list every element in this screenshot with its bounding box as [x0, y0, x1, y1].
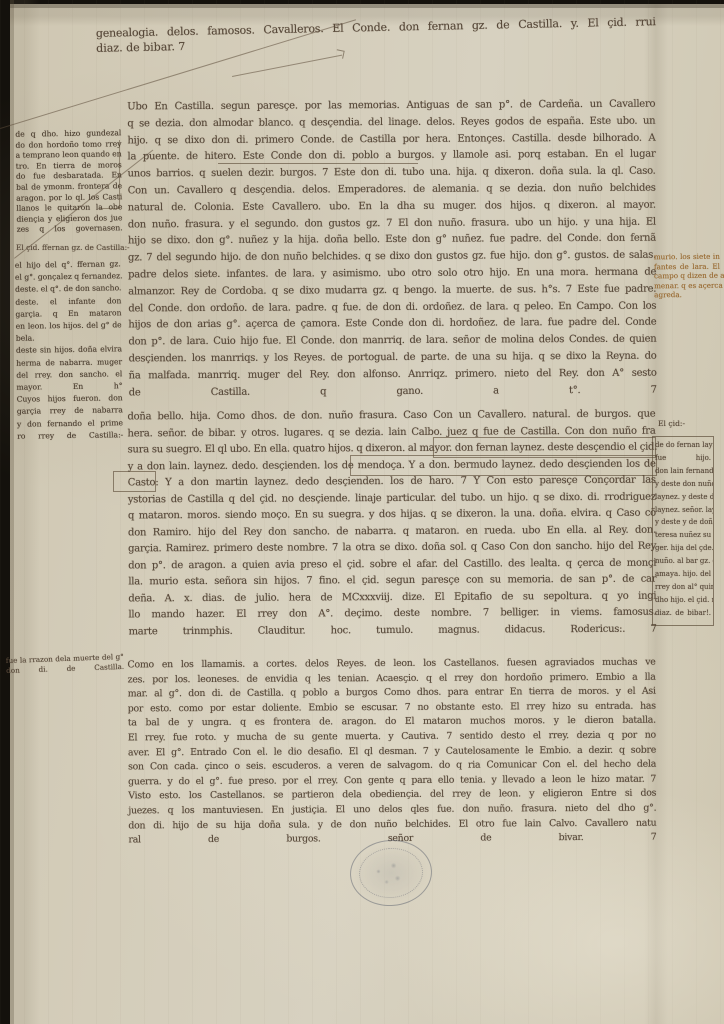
manuscript-page: genealogia. delos. famosos. Cavalleros. … [0, 0, 724, 1024]
ink-underline-primero-conde [218, 163, 418, 164]
left-margin-note-3: fue la rrazon dela muerte del g°don di. … [6, 652, 125, 676]
paragraph-3: Como en los llamamis. a cortes. delos Re… [128, 656, 657, 848]
right-margin-note-cid-box: de do fernan laynezfue hijo.don lain fer… [652, 436, 714, 626]
page-header: genealogia. delos. famosos. Cavalleros. … [96, 14, 657, 56]
library-stamp [348, 837, 434, 909]
ink-box-bermudo-laynez [350, 455, 657, 476]
manuscript-line: laynez. señor. laynz [655, 504, 711, 517]
manuscript-line: llo mando hazer. El rrey don A°. deçimo.… [128, 605, 656, 624]
manuscript-line: q mataron. moros. siendo moço. En su sue… [128, 506, 656, 525]
manuscript-line: marte trinmphis. Clauditur. hoc. tumulo.… [129, 621, 657, 640]
pen-flourish-arrow-line [232, 55, 342, 77]
margin-bracket-vertical [119, 140, 120, 208]
manuscript-line: ña malfada. manrriq. muger del Rey. don … [129, 365, 657, 385]
ink-box-casto [113, 471, 156, 492]
manuscript-line: diaz. de bibar!. [655, 607, 711, 620]
manuscript-line: fue hijo. [655, 452, 711, 465]
manuscript-line: ger. hija del çde. don [655, 542, 711, 555]
manuscript-line: campo q dizen de al [654, 271, 720, 281]
manuscript-line: en leon. los hijos. del g° de [16, 319, 122, 333]
left-margin-note-2: el hijo del q°. ffernan gz.el g°. gonçal… [15, 258, 124, 443]
manuscript-line: ro rrey de Castilla:- [17, 429, 123, 443]
manuscript-line: zes q los governasen. [17, 224, 123, 236]
manuscript-line: don lain fernandez [655, 465, 711, 478]
manuscript-line: dho hijo. el çid. rruy [655, 594, 711, 607]
left-margin-heading: El çid. ffernan gz. de Castilla:- [16, 243, 124, 252]
manuscript-line: de Castilla. q gano. a t°. 7 [129, 382, 657, 402]
manuscript-line: y deste y de doña [655, 516, 711, 529]
left-margin-note-1: de q dho. hizo gundezaldo don hordoño to… [15, 128, 122, 235]
library-stamp-inner-ring [357, 846, 424, 900]
manuscript-line: garçia. Ramirez. primero deste nombre. 7… [128, 539, 656, 558]
manuscript-line: laynez. y deste di [655, 491, 711, 504]
manuscript-line: deste. el q°. de don sancho. [15, 283, 121, 297]
manuscript-line: deste sin hijos. doña elvira [16, 344, 122, 358]
manuscript-line: garçia rrey de nabarra [17, 405, 123, 419]
manuscript-line: rrey don al° quinto [655, 581, 711, 594]
manuscript-line: teresa nuñez su mu [655, 529, 711, 542]
right-margin-heading-cid: El çid:- [658, 419, 718, 428]
manuscript-line: de do fernan laynez [655, 439, 711, 452]
manuscript-line: lla. murio esta. señora sin hijos. 7 fin… [128, 572, 656, 591]
right-margin-note-lara: murio. los siete infantes de lara. Elcam… [654, 252, 720, 301]
manuscript-line: menar. q es açerca de [654, 280, 720, 290]
manuscript-line: y deste don nuño [655, 478, 711, 491]
manuscript-line: murio. los siete in [654, 252, 720, 262]
manuscript-line: amaya. hijo. del [655, 568, 711, 581]
manuscript-line: fantes de lara. El [654, 261, 720, 271]
manuscript-line: nuño. al bar gz. de [655, 555, 711, 568]
manuscript-line: almanzor. Rey de Cordoba. q se dixo muda… [128, 281, 656, 301]
manuscript-line: doña bello. hija. Como dhos. de don. nuñ… [127, 407, 655, 426]
margin-bracket-horizontal [99, 208, 120, 209]
manuscript-line: agreda. [654, 290, 720, 300]
paragraph-1: Ubo En Castilla. segun paresçe. por las … [127, 97, 657, 402]
